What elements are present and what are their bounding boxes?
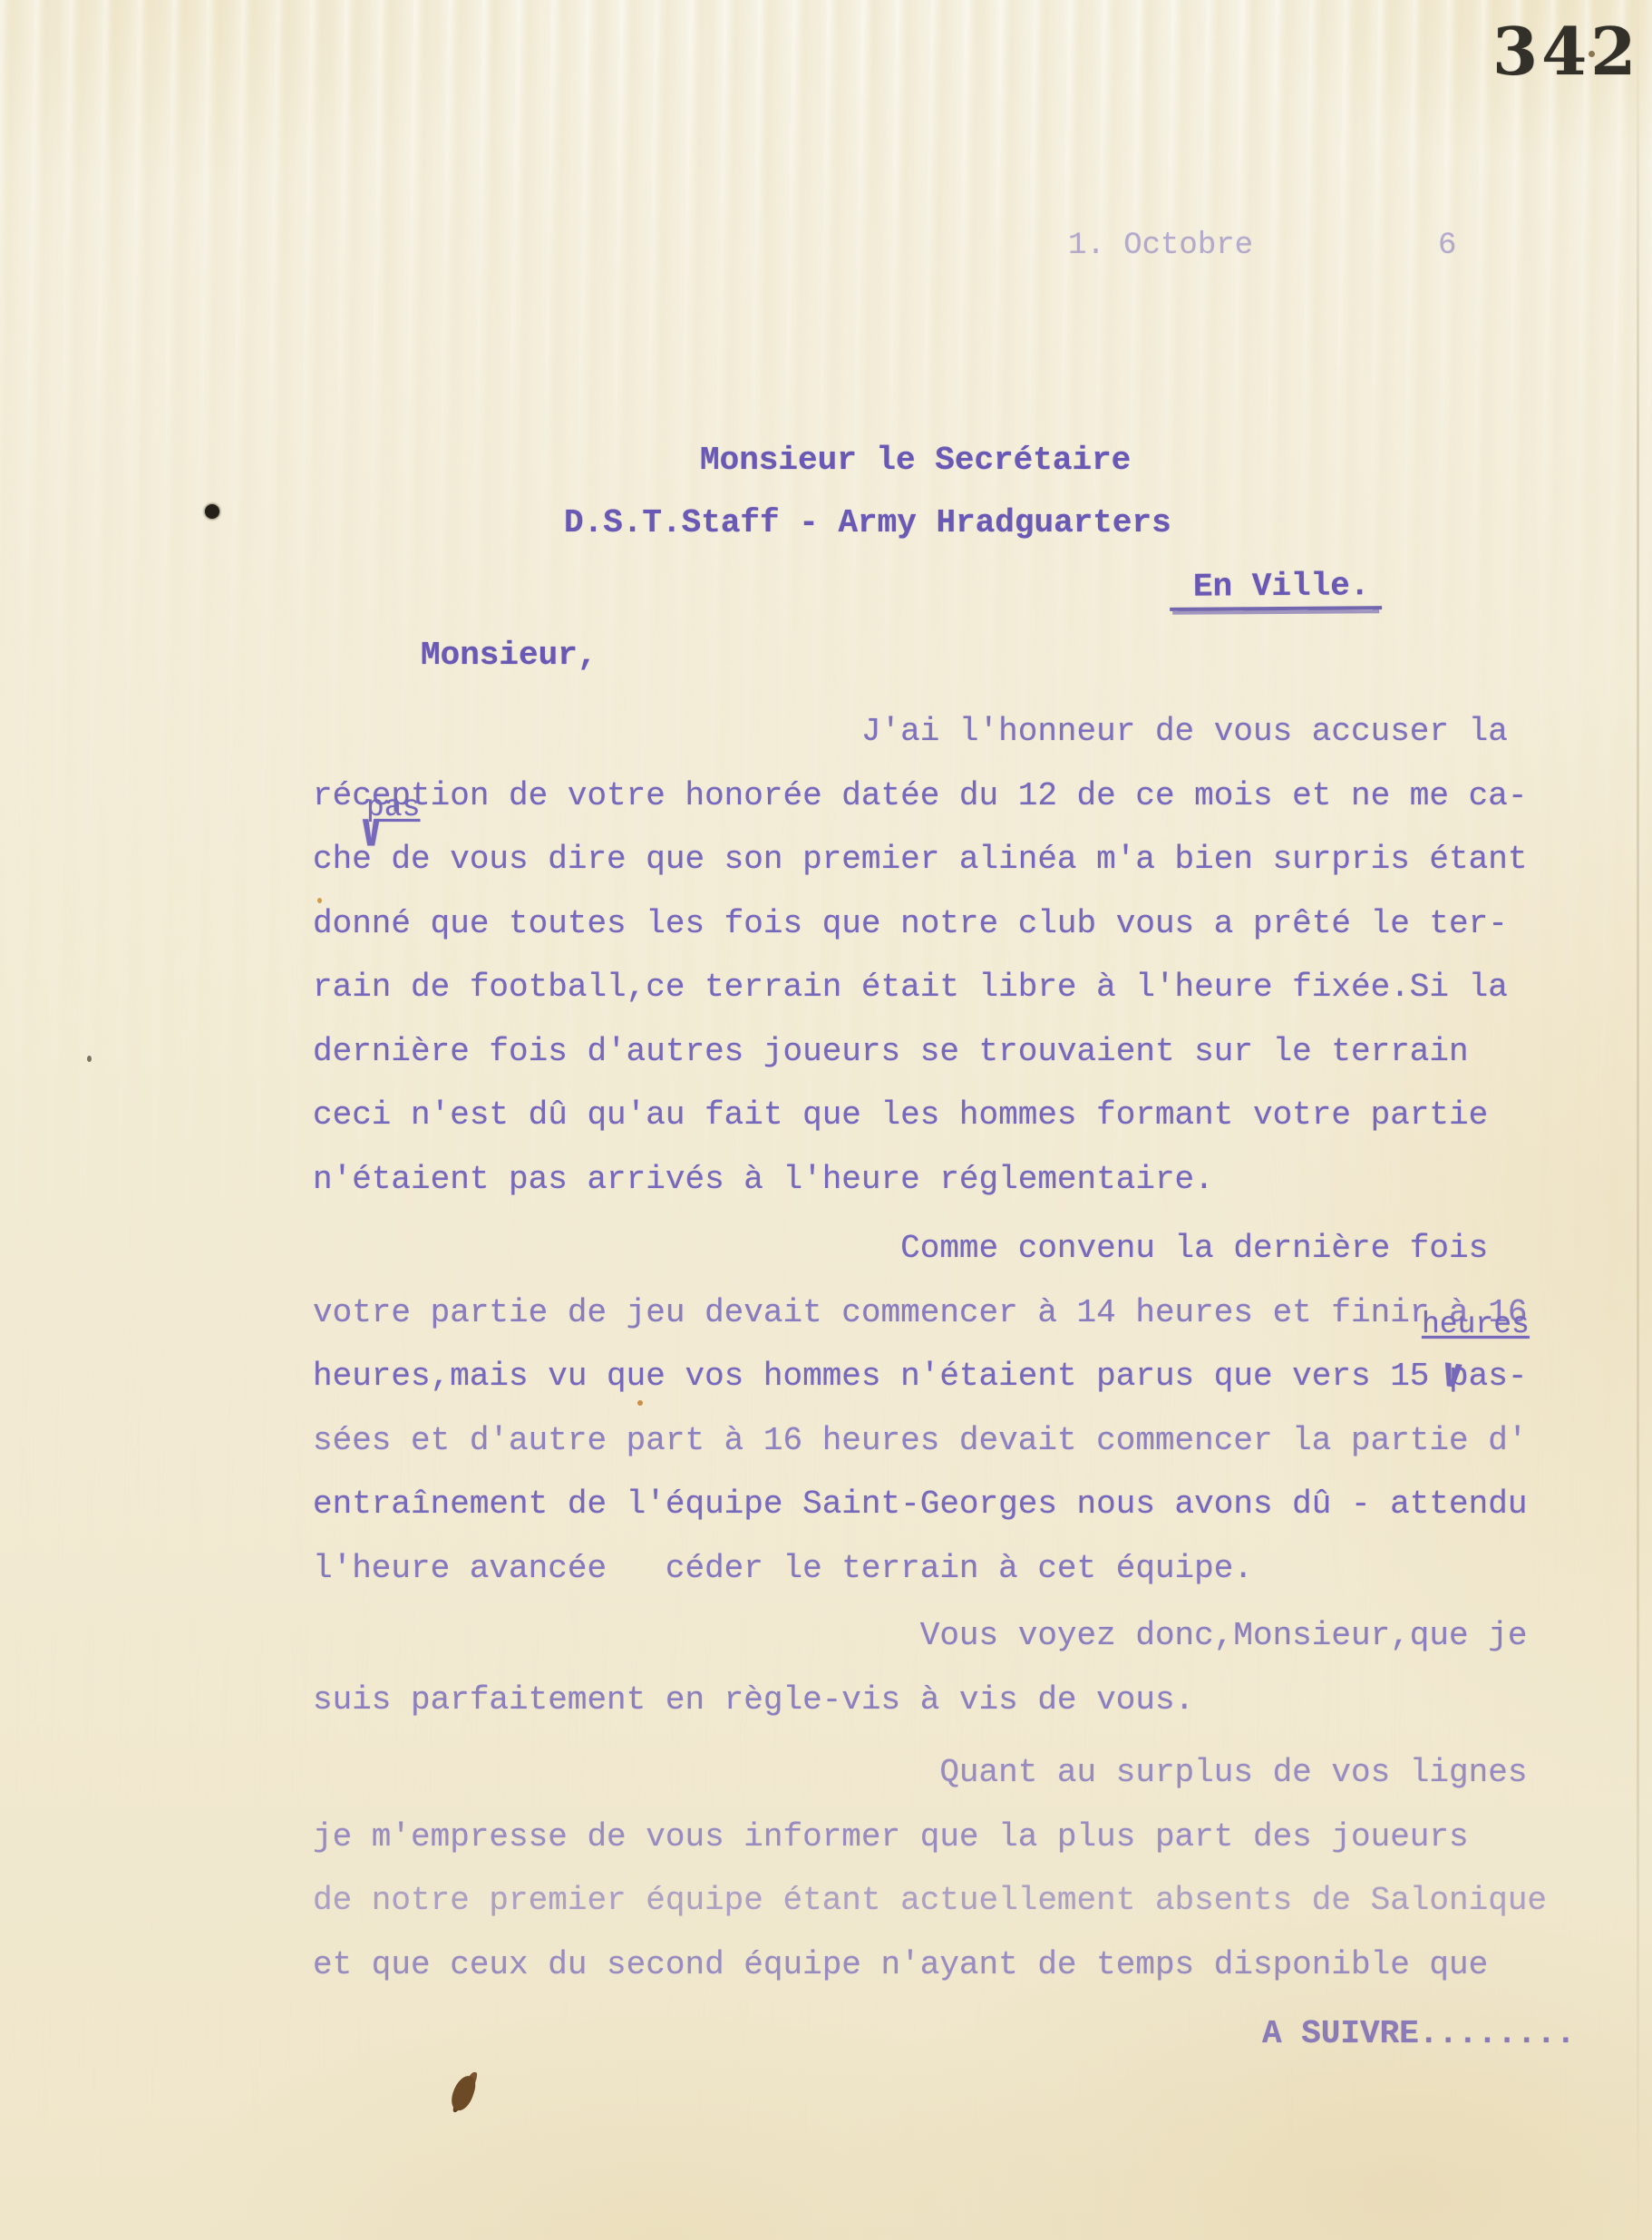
body-line: n'étaient pas arrivés à l'heure réglemen…	[313, 1148, 1600, 1213]
recipient-organization: D.S.T.Staff - Army Hradguarters	[564, 504, 1171, 541]
body-line: sées et d'autre part à 16 heures devait …	[313, 1409, 1600, 1474]
body-line: Quant au surplus de vos lignes	[313, 1741, 1600, 1806]
paper-speck	[637, 1400, 643, 1406]
body-line: rain de football,ce terrain était libre …	[313, 956, 1600, 1020]
ink-blot-mark	[448, 2073, 478, 2114]
recipient-title: Monsieur le Secrétaire	[700, 442, 1131, 479]
body-line: ceci n'est dû qu'au fait que les hommes …	[313, 1084, 1600, 1148]
body-line: suis parfaitement en règle-vis à vis de …	[313, 1669, 1600, 1733]
salutation: Monsieur,	[421, 637, 597, 674]
paragraph: Comme convenu la dernière foisvotre part…	[313, 1217, 1600, 1601]
body-line: et que ceux du second équipe n'ayant de …	[313, 1933, 1600, 1998]
date-text: 1. Octobre	[1068, 229, 1253, 263]
body-line: votre partie de jeu devait commencer à 1…	[313, 1281, 1600, 1346]
body-line: heures,mais vu que vos hommes n'étaient …	[313, 1345, 1600, 1409]
recipient-city-underlined: En Ville.	[1170, 567, 1383, 611]
date-year-digit: 6	[1438, 229, 1456, 263]
paper-speck	[1589, 51, 1595, 57]
body-line: donné que toutes les fois que notre club…	[313, 892, 1600, 957]
paragraph: Quant au surplus de vos lignesje m'empre…	[313, 1741, 1600, 1997]
body-line: je m'empresse de vous informer que la pl…	[313, 1806, 1600, 1870]
ink-dot-mark	[205, 504, 219, 519]
inserted-word-heures: heures	[1422, 1308, 1530, 1341]
body-line: réception de votre honorée datée du 12 d…	[313, 765, 1600, 829]
body-line: Comme convenu la dernière fois	[313, 1217, 1600, 1281]
letter-page: 342 1. Octobre 6 Monsieur le Secrétaire …	[0, 0, 1652, 2240]
body-line: Vous voyez donc,Monsieur,que je	[313, 1604, 1600, 1669]
paragraph: Vous voyez donc,Monsieur,que jesuis parf…	[313, 1604, 1600, 1732]
paper-speck	[87, 1056, 92, 1062]
page-number-stamp: 342	[1492, 13, 1639, 90]
paragraph: J'ai l'honneur de vous accuser larécepti…	[313, 700, 1600, 1212]
closing-a-suivre: A SUIVRE........	[1262, 2015, 1576, 2052]
letter-body: J'ai l'honneur de vous accuser larécepti…	[313, 700, 1600, 1997]
body-line: dernière fois d'autres joueurs se trouva…	[313, 1020, 1600, 1085]
body-line: l'heure avancée céder le terrain à cet é…	[313, 1537, 1600, 1602]
caret-insertion-mark: ∨	[359, 812, 384, 858]
body-line: entraînement de l'équipe Saint-Georges n…	[313, 1473, 1600, 1537]
body-line: J'ai l'honneur de vous accuser la	[313, 700, 1600, 765]
body-line: che de vous dire que son premier alinéa …	[313, 828, 1600, 892]
body-line: de notre premier équipe étant actuelleme…	[313, 1869, 1600, 1933]
paper-speck	[317, 898, 322, 903]
